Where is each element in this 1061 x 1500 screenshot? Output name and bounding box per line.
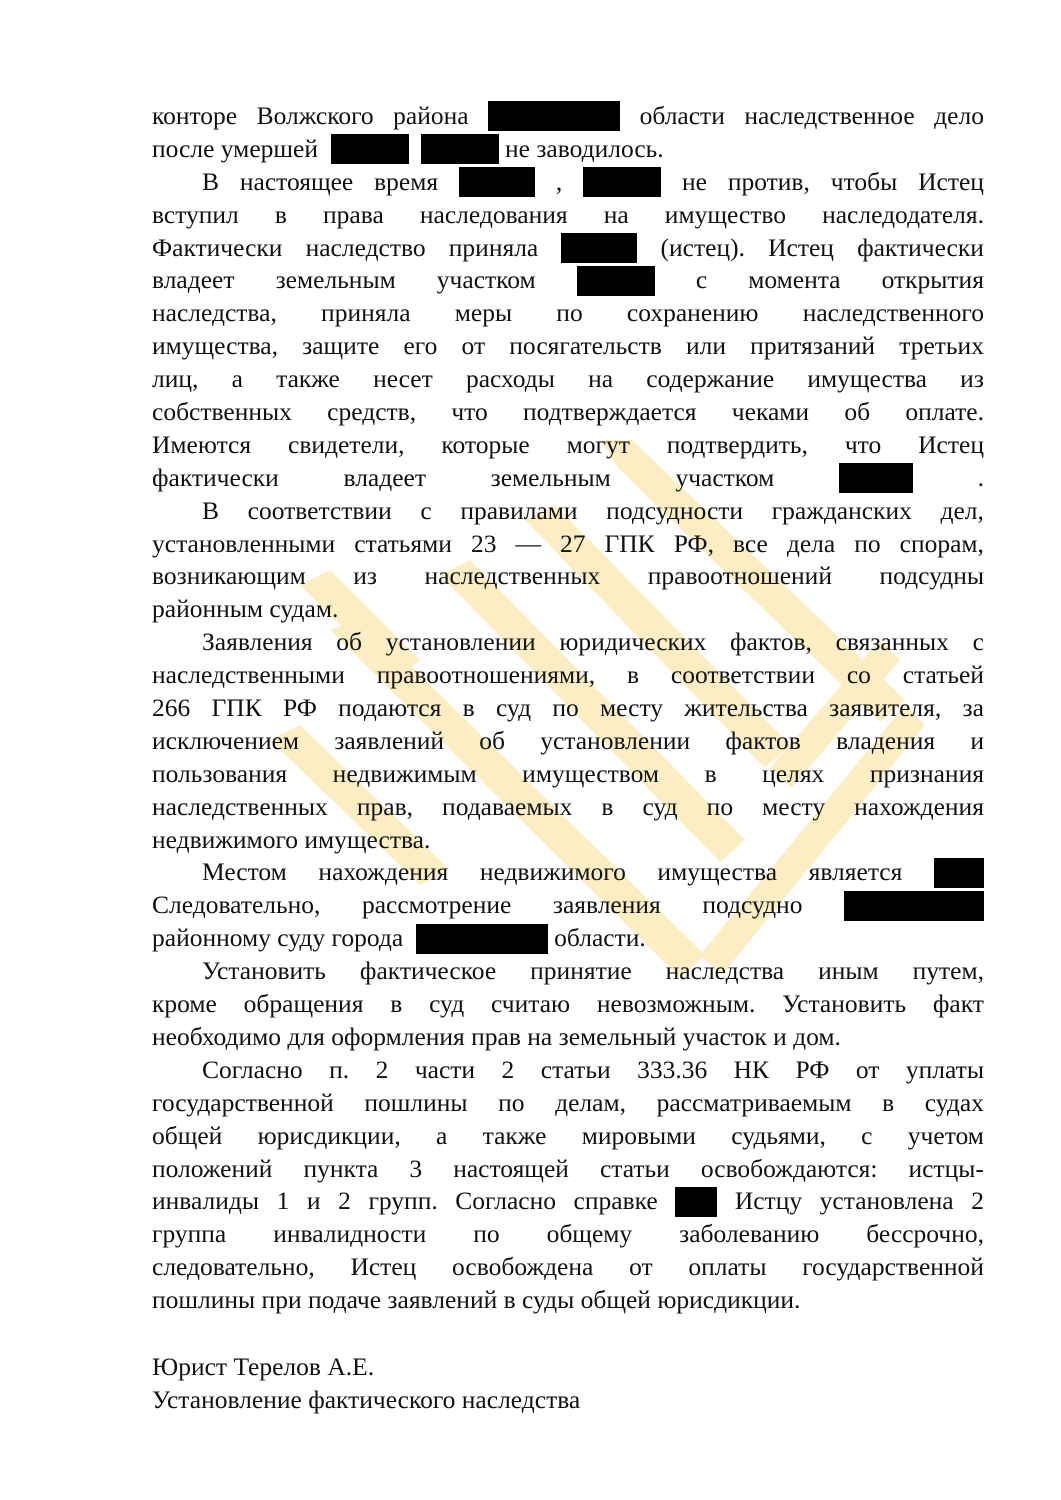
redaction-box [844,891,984,921]
text-word: уплаты [906,1054,984,1087]
text-word: приняла [321,297,410,330]
text-word: лиц, [152,363,198,396]
text-word: содержание [646,363,774,396]
text-word: из [960,363,984,396]
text-word: пошлины [364,1087,467,1120]
document-line: фактическивладеетземельнымучастком. [152,462,984,495]
text-word: рассматриваемым [657,1087,852,1120]
text-word: Истец [918,166,984,199]
text-word: подтверждается [523,396,696,429]
text-word: владения [836,725,935,758]
document-line: установленнымистатьями23—27ГПКРФ,вседела… [152,528,984,561]
text-word: по [473,1218,499,1251]
text-word: 2 [338,1185,351,1218]
text-word: Следовательно, [152,889,320,922]
text-word: Фактически [152,232,282,265]
text-word: фактически [152,462,279,495]
document-line: собственныхсредств,чтоподтверждаетсячека… [152,396,984,429]
text-word: юрисдикции, [258,1120,401,1153]
text-word: 27 [560,528,586,561]
text-word: невозможным. [597,988,755,1021]
text-word: статьей [903,659,984,692]
document-line: государственнойпошлиныподелам,рассматрив… [152,1087,984,1120]
text-word: юридических [559,626,706,659]
text-word: которые [441,429,529,462]
text-word: все [733,528,768,561]
text-word: с [973,626,984,659]
text-word: фактов [725,725,801,758]
text-word: РФ [283,692,317,725]
text-word: также [483,1120,547,1153]
text-word: об [336,626,362,659]
text-word: настоящей [453,1153,569,1186]
text-word: установленными [152,528,335,561]
text-word: из [353,560,377,593]
text-word: статьи [600,1153,670,1186]
text-word: по [556,297,582,330]
text-word: соответствии [671,659,815,692]
text-word: не [682,166,707,199]
text-word: вступил [152,199,239,232]
text-word: наследство [306,232,426,265]
document-line: Согласноп.2части2статьи333.36НКРФотуплат… [152,1054,984,1087]
redaction-box [675,1187,717,1217]
text-word: факт [933,988,984,1021]
text-word: районному суду города [152,922,403,955]
text-word: имущества [657,856,777,889]
text-word: а [232,363,243,396]
text-word: имущества, [152,330,278,363]
text-word: судьями, [731,1120,826,1153]
document-line: возникающимизнаследственныхправоотношени… [152,560,984,593]
text-word: п. [329,1054,349,1087]
text-word: справке [574,1185,658,1218]
text-word: правоотношений [648,560,832,593]
text-word: учетом [908,1120,984,1153]
text-word: судах [925,1087,984,1120]
text-word: иным [818,955,879,988]
text-word: наследства, [152,297,277,330]
document-line: недвижимого имущества. [152,824,984,857]
text-word: в [627,659,639,692]
text-word: собственных [152,396,292,429]
text-word: со [847,659,871,692]
text-word: свидетели, [288,429,405,462]
text-word: необходимо для оформления прав на земель… [152,1021,841,1054]
text-word: по [498,1087,524,1120]
text-word: бессрочно, [866,1218,984,1251]
text-word: области [640,100,725,133]
text-word: по [552,692,578,725]
text-word: общему [547,1218,633,1251]
text-word: также [276,363,340,396]
text-word: имущества [807,363,927,396]
text-word: от [856,1054,880,1087]
text-word: притязаний [750,330,875,363]
redaction-box [421,134,499,164]
text-word: инвалидности [273,1218,426,1251]
text-word: 23 [471,528,497,561]
text-word: средств, [327,396,416,429]
text-word: 1 [277,1185,290,1218]
document-line: Установитьфактическоепринятиенаследстваи… [152,955,984,988]
text-word: суд [643,791,678,824]
text-word: целях [762,758,824,791]
text-word: пользования [152,758,287,791]
text-word: приняла [449,232,538,265]
text-word: наследственного [803,297,984,330]
text-word: чтобы [831,166,898,199]
text-word: наследования [420,199,568,232]
text-word: следовательно, [152,1251,315,1284]
text-word: заявителя, [829,692,941,725]
text-word: В [202,495,219,528]
text-word: В [202,166,219,199]
text-word: время [374,166,438,199]
redaction-box [416,924,548,954]
text-word: Установить [202,955,326,988]
text-word: истцы- [909,1153,984,1186]
redaction-box [331,134,409,164]
text-word: правоотношениями, [377,659,595,692]
text-word: спорам, [900,528,984,561]
text-word: статьями [354,528,452,561]
text-word: несет [373,363,433,396]
text-word: что [845,429,881,462]
document-line: районным судам. [152,593,984,626]
text-word: по [854,528,880,561]
text-word: кроме [152,988,217,1021]
text-word: подсудно [702,889,802,922]
text-word: исключением [152,725,299,758]
text-word: его [403,330,437,363]
text-word: НК [734,1054,769,1087]
document-line: пользованиянедвижимымимуществомвцеляхпри… [152,758,984,791]
text-word: пошлины при подаче заявлений в суды обще… [152,1284,800,1317]
text-word: обращения [244,988,364,1021]
text-word: ГПК [212,692,262,725]
document-line: лиц,атакженесетрасходынасодержаниеимущес… [152,363,984,396]
text-word: сохранению [627,297,759,330]
text-word: наследства [666,955,784,988]
text-word: считаю [491,988,570,1021]
text-word: жительства [684,692,808,725]
text-word: РФ [796,1054,830,1087]
text-word: посягательств [509,330,662,363]
text-word: Местом [202,856,287,889]
text-word: чеками [732,396,809,429]
text-word: момента [748,264,840,297]
text-word: настоящее [240,166,353,199]
document-line: Фактическинаследствоприняла(истец).Истец… [152,232,984,265]
text-word: подаваемых [442,791,572,824]
text-word: против, [728,166,810,199]
document-line: Заявленияобустановленииюридическихфактов… [152,626,984,659]
document-page: контореВолжскогорайонаобластинаследствен… [0,0,1061,1500]
document-line: наследственныхправ,подаваемыхвсудпоместу… [152,791,984,824]
text-word: районным судам. [152,593,338,626]
text-word: заявлений [334,725,444,758]
text-word: фактическое [360,955,496,988]
text-word: освобождаются: [701,1153,878,1186]
text-word: связанных [836,626,949,659]
text-word: рассмотрение [362,889,511,922]
text-word: фактически [857,232,984,265]
text-word: владеет [343,462,426,495]
text-word: открытия [882,264,984,297]
text-word: меры [455,297,512,330]
text-word: Согласно [202,1054,303,1087]
document-line: Следовательно,рассмотрениезаявленияподсу… [152,889,984,922]
text-word: 333.36 [637,1054,707,1087]
text-word: Истцу [735,1185,802,1218]
text-word: об [844,396,870,429]
text-word: в [275,199,287,232]
signature-subject: Установление фактического наследства [152,1383,580,1416]
document-line: необходимо для оформления прав на земель… [152,1021,984,1054]
text-word: за [963,692,984,725]
text-word: подаются [338,692,441,725]
text-word: по [707,791,733,824]
text-word: Истец [918,429,984,462]
text-word: владеет [152,264,235,297]
document-line: владеетземельнымучасткомсмоментаоткрытия [152,264,984,297]
text-word: что [451,396,487,429]
text-word: (истец). [661,232,745,265]
text-word: Имеются [152,429,251,462]
text-word: с [696,264,707,297]
text-word: суд [429,988,464,1021]
text-word: установлении [386,626,536,659]
text-word: части [415,1054,475,1087]
document-line: 266ГПКРФподаютсявсудпоместужительствазая… [152,692,984,725]
text-word: об [479,725,505,758]
text-word: Заявления [202,626,313,659]
text-word: подсудности [606,495,743,528]
document-line: кромеобращениявсудсчитаюневозможным.Уста… [152,988,984,1021]
text-word: статьи [541,1054,611,1087]
text-word: 2 [376,1054,389,1087]
document-body: контореВолжскогорайонаобластинаследствен… [152,100,984,1317]
text-word: установлена [820,1185,954,1218]
text-word: на [588,363,613,396]
document-line: исключениемзаявленийобустановлениифактов… [152,725,984,758]
text-word: участком [675,462,774,495]
text-word: дела [787,528,835,561]
document-line: имущества,защитеегоотпосягательствилипри… [152,330,984,363]
text-word: оплаты [688,1251,766,1284]
text-word: в [601,791,613,824]
text-word: наследодателя. [822,199,984,232]
text-word: месту [600,692,663,725]
text-word: государственной [802,1251,984,1284]
text-word: государственной [152,1087,334,1120]
text-word: подтвердить, [667,429,808,462]
text-word: в [463,692,475,725]
document-line: районному суду городаобласти. [152,922,984,955]
document-line: следовательно,Истецосвобожденаотоплатыго… [152,1251,984,1284]
text-word: РФ, [674,528,714,561]
text-word: третьих [899,330,984,363]
text-word: права [323,199,384,232]
redaction-box [561,233,637,263]
text-word: Установить [782,988,906,1021]
text-word: от [462,330,486,363]
document-line: положенийпункта3настоящейстатьиосвобожда… [152,1153,984,1186]
redaction-box [488,101,620,131]
document-line: пошлины при подаче заявлений в суды обще… [152,1284,984,1317]
document-line: наследства,приняламерыпосохранениюнаслед… [152,297,984,330]
text-word: суд [496,692,531,725]
text-word: Истец [350,1251,416,1284]
text-word: мировыми [582,1120,696,1153]
text-word: возникающим [152,560,306,593]
text-word: участком [437,264,536,297]
text-word: наследственное [744,100,914,133]
text-word: фактов, [730,626,812,659]
document-line: инвалиды1и2групп.СогласносправкеИстцууст… [152,1185,984,1218]
document-line: после умершейне заводилось. [152,133,984,166]
text-word: от [629,1251,653,1284]
text-word: имущество [665,199,786,232]
text-word: ГПК [605,528,655,561]
text-word: конторе [152,100,237,133]
text-word: нахождения [854,791,984,824]
signature-block: Юрист Терелов А.Е. Установление фактичес… [152,1350,580,1416]
text-word: 2 [971,1185,984,1218]
text-word: освобождена [452,1251,593,1284]
text-word: месту [762,791,825,824]
text-word: или [686,330,726,363]
text-word: — [515,528,541,561]
text-word: в [390,988,402,1021]
text-word: на [604,199,629,232]
text-word: а [436,1120,447,1153]
text-word: заявления [553,889,661,922]
text-word: Волжского [257,100,374,133]
text-word: могут [567,429,630,462]
text-word: пункта [304,1153,379,1186]
text-word: земельным [276,264,396,297]
text-word: принятие [530,955,632,988]
document-line: вступилвправанаследованиянаимуществонасл… [152,199,984,232]
text-word: прав, [357,791,413,824]
text-word: защите [302,330,379,363]
text-word: нахождения [318,856,448,889]
text-word: наследственными [152,659,345,692]
text-word: установлении [540,725,690,758]
text-word: с [861,1120,872,1153]
text-word: земельным [491,462,611,495]
text-word: делам, [555,1087,626,1120]
text-word: . [978,462,984,495]
text-word: является [809,856,903,889]
document-line: контореВолжскогорайонаобластинаследствен… [152,100,984,133]
signature-author: Юрист Терелов А.Е. [152,1350,580,1383]
text-word: оплате. [905,396,984,429]
text-word: заболеванию [679,1218,819,1251]
text-word: расходы [466,363,555,396]
redaction-box [839,463,913,493]
text-word: недвижимого [480,856,626,889]
text-word: недвижимого имущества. [152,824,430,857]
text-word: наследственных [424,560,600,593]
text-word: района [393,100,468,133]
text-word: , [556,166,562,199]
text-word: признания [870,758,984,791]
text-word: дел, [941,495,984,528]
text-word: имуществом [522,758,659,791]
document-line: Местомнахождениянедвижимогоимуществаявля… [152,856,984,889]
text-word: и [970,725,984,758]
text-word: Согласно [455,1185,556,1218]
text-word: Истец [768,232,834,265]
document-line: группаинвалидностипообщемузаболеваниюбес… [152,1218,984,1251]
text-word: группа [152,1218,226,1251]
text-word: групп. [368,1185,437,1218]
redaction-box [459,167,535,197]
text-word: с [420,495,431,528]
text-word: путем, [913,955,984,988]
text-word: в [705,758,717,791]
text-word: и [307,1185,321,1218]
document-line: Внастоящеевремя,непротив,чтобыИстец [152,166,984,199]
text-word: области. [554,922,646,955]
document-line: наследственнымиправоотношениями,всоответ… [152,659,984,692]
redaction-box [577,266,655,296]
text-word: 266 [152,692,190,725]
redaction-box [934,858,984,888]
document-line: общейюрисдикции,атакжемировымисудьями,су… [152,1120,984,1153]
text-word: дело [934,100,984,133]
document-line: Всоответствиисправиламиподсудностигражда… [152,495,984,528]
text-word: соответствии [248,495,392,528]
document-line: Имеютсясвидетели,которыемогутподтвердить… [152,429,984,462]
text-word: общей [152,1120,222,1153]
text-word: недвижимым [333,758,477,791]
text-word: в [882,1087,894,1120]
text-word: после умершей [152,133,318,166]
text-word: подсудны [879,560,984,593]
text-word: правилами [460,495,577,528]
text-word: гражданских [772,495,912,528]
text-word: положений [152,1153,272,1186]
text-word: наследственных [152,791,328,824]
text-word: 2 [502,1054,515,1087]
text-word: 3 [409,1153,422,1186]
redaction-box [583,167,661,197]
text-word: не заводилось. [505,133,664,166]
text-word: инвалиды [152,1185,259,1218]
